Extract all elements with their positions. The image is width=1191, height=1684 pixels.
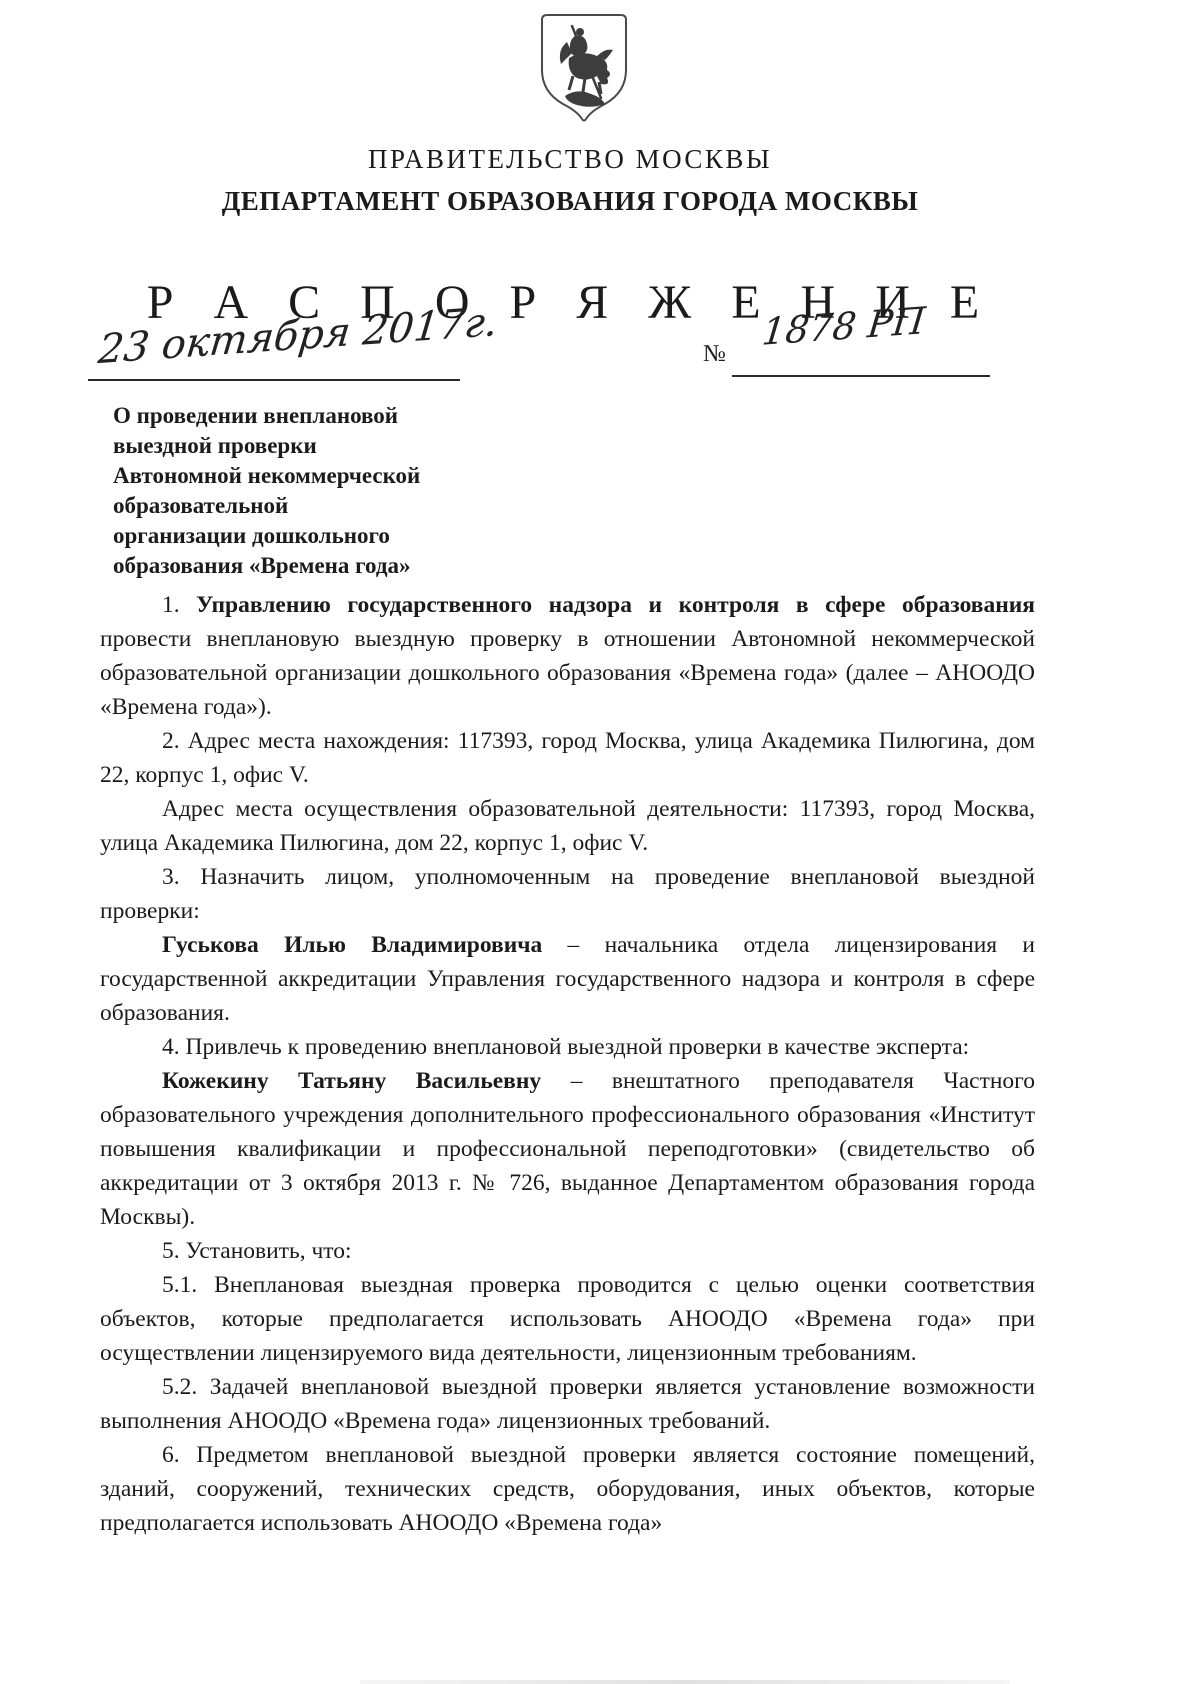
- handwritten-date: 23 октября 2017г.: [96, 299, 500, 373]
- text-segment: 4. Привлечь к проведению внеплановой вые…: [162, 1034, 969, 1060]
- subject-line: образовательной: [113, 491, 543, 521]
- body-paragraph: 5. Установить, что:: [100, 1234, 1035, 1268]
- text-segment: 6. Предметом внеплановой выездной провер…: [100, 1442, 1035, 1536]
- bold-text-segment: Кожекину Татьяну Васильевну: [162, 1068, 541, 1094]
- body-paragraph: 5.2. Задачей внеплановой выездной провер…: [100, 1370, 1035, 1438]
- text-segment: 5. Установить, что:: [162, 1238, 352, 1264]
- subject-line: образования «Времена года»: [113, 551, 543, 581]
- bold-text-segment: Гуськова Илью Владимировича: [162, 932, 542, 958]
- subject-line: выездной проверки: [113, 431, 543, 461]
- text-segment: 5.2. Задачей внеплановой выездной провер…: [100, 1374, 1035, 1434]
- text-segment: 2. Адрес места нахождения: 117393, город…: [100, 728, 1035, 788]
- body-paragraph: 1. Управлению государственного надзора и…: [100, 588, 1035, 724]
- body-paragraph: Кожекину Татьяну Васильевну – внештатног…: [100, 1064, 1035, 1234]
- document-header: ПРАВИТЕЛЬСТВО МОСКВЫ ДЕПАРТАМЕНТ ОБРАЗОВ…: [0, 0, 1140, 330]
- date-number-row: 23 октября 2017г. № 1878 РП: [0, 305, 1191, 410]
- body-paragraphs: 1. Управлению государственного надзора и…: [100, 588, 1035, 1540]
- number-underline: [732, 375, 990, 377]
- text-segment: 3. Назначить лицом, уполномоченным на пр…: [100, 864, 1035, 924]
- scan-edge-artifact: [360, 1680, 1010, 1684]
- body-paragraph: Гуськова Илью Владимировича – начальника…: [100, 928, 1035, 1030]
- handwritten-number: 1878 РП: [760, 299, 927, 354]
- moscow-coat-of-arms-icon: [539, 12, 629, 124]
- body-paragraph: Адрес места осуществления образовательно…: [100, 792, 1035, 860]
- body-paragraph: 4. Привлечь к проведению внеплановой вые…: [100, 1030, 1035, 1064]
- subject-line: организации дошкольного: [113, 521, 543, 551]
- text-segment: 5.1. Внеплановая выездная проверка прово…: [100, 1272, 1035, 1366]
- subject-line: О проведении внеплановой: [113, 401, 543, 431]
- text-segment: 1.: [162, 592, 196, 618]
- date-underline: [88, 379, 460, 381]
- body-paragraph: 5.1. Внеплановая выездная проверка прово…: [100, 1268, 1035, 1370]
- body-paragraph: 3. Назначить лицом, уполномоченным на пр…: [100, 860, 1035, 928]
- body-paragraph: 6. Предметом внеплановой выездной провер…: [100, 1438, 1035, 1540]
- bold-text-segment: Управлению государственного надзора и ко…: [196, 592, 1035, 618]
- government-title: ПРАВИТЕЛЬСТВО МОСКВЫ: [0, 144, 1140, 175]
- department-title: ДЕПАРТАМЕНТ ОБРАЗОВАНИЯ ГОРОДА МОСКВЫ: [0, 186, 1140, 217]
- subject-line: Автономной некоммерческой: [113, 461, 543, 491]
- text-segment: Адрес места осуществления образовательно…: [100, 796, 1035, 856]
- number-sign-label: №: [703, 341, 726, 368]
- subject-block: О проведении внеплановойвыездной проверк…: [113, 401, 543, 581]
- document-page: ПРАВИТЕЛЬСТВО МОСКВЫ ДЕПАРТАМЕНТ ОБРАЗОВ…: [0, 0, 1191, 1684]
- text-segment: провести внеплановую выездную проверку в…: [100, 626, 1035, 720]
- body-paragraph: 2. Адрес места нахождения: 117393, город…: [100, 724, 1035, 792]
